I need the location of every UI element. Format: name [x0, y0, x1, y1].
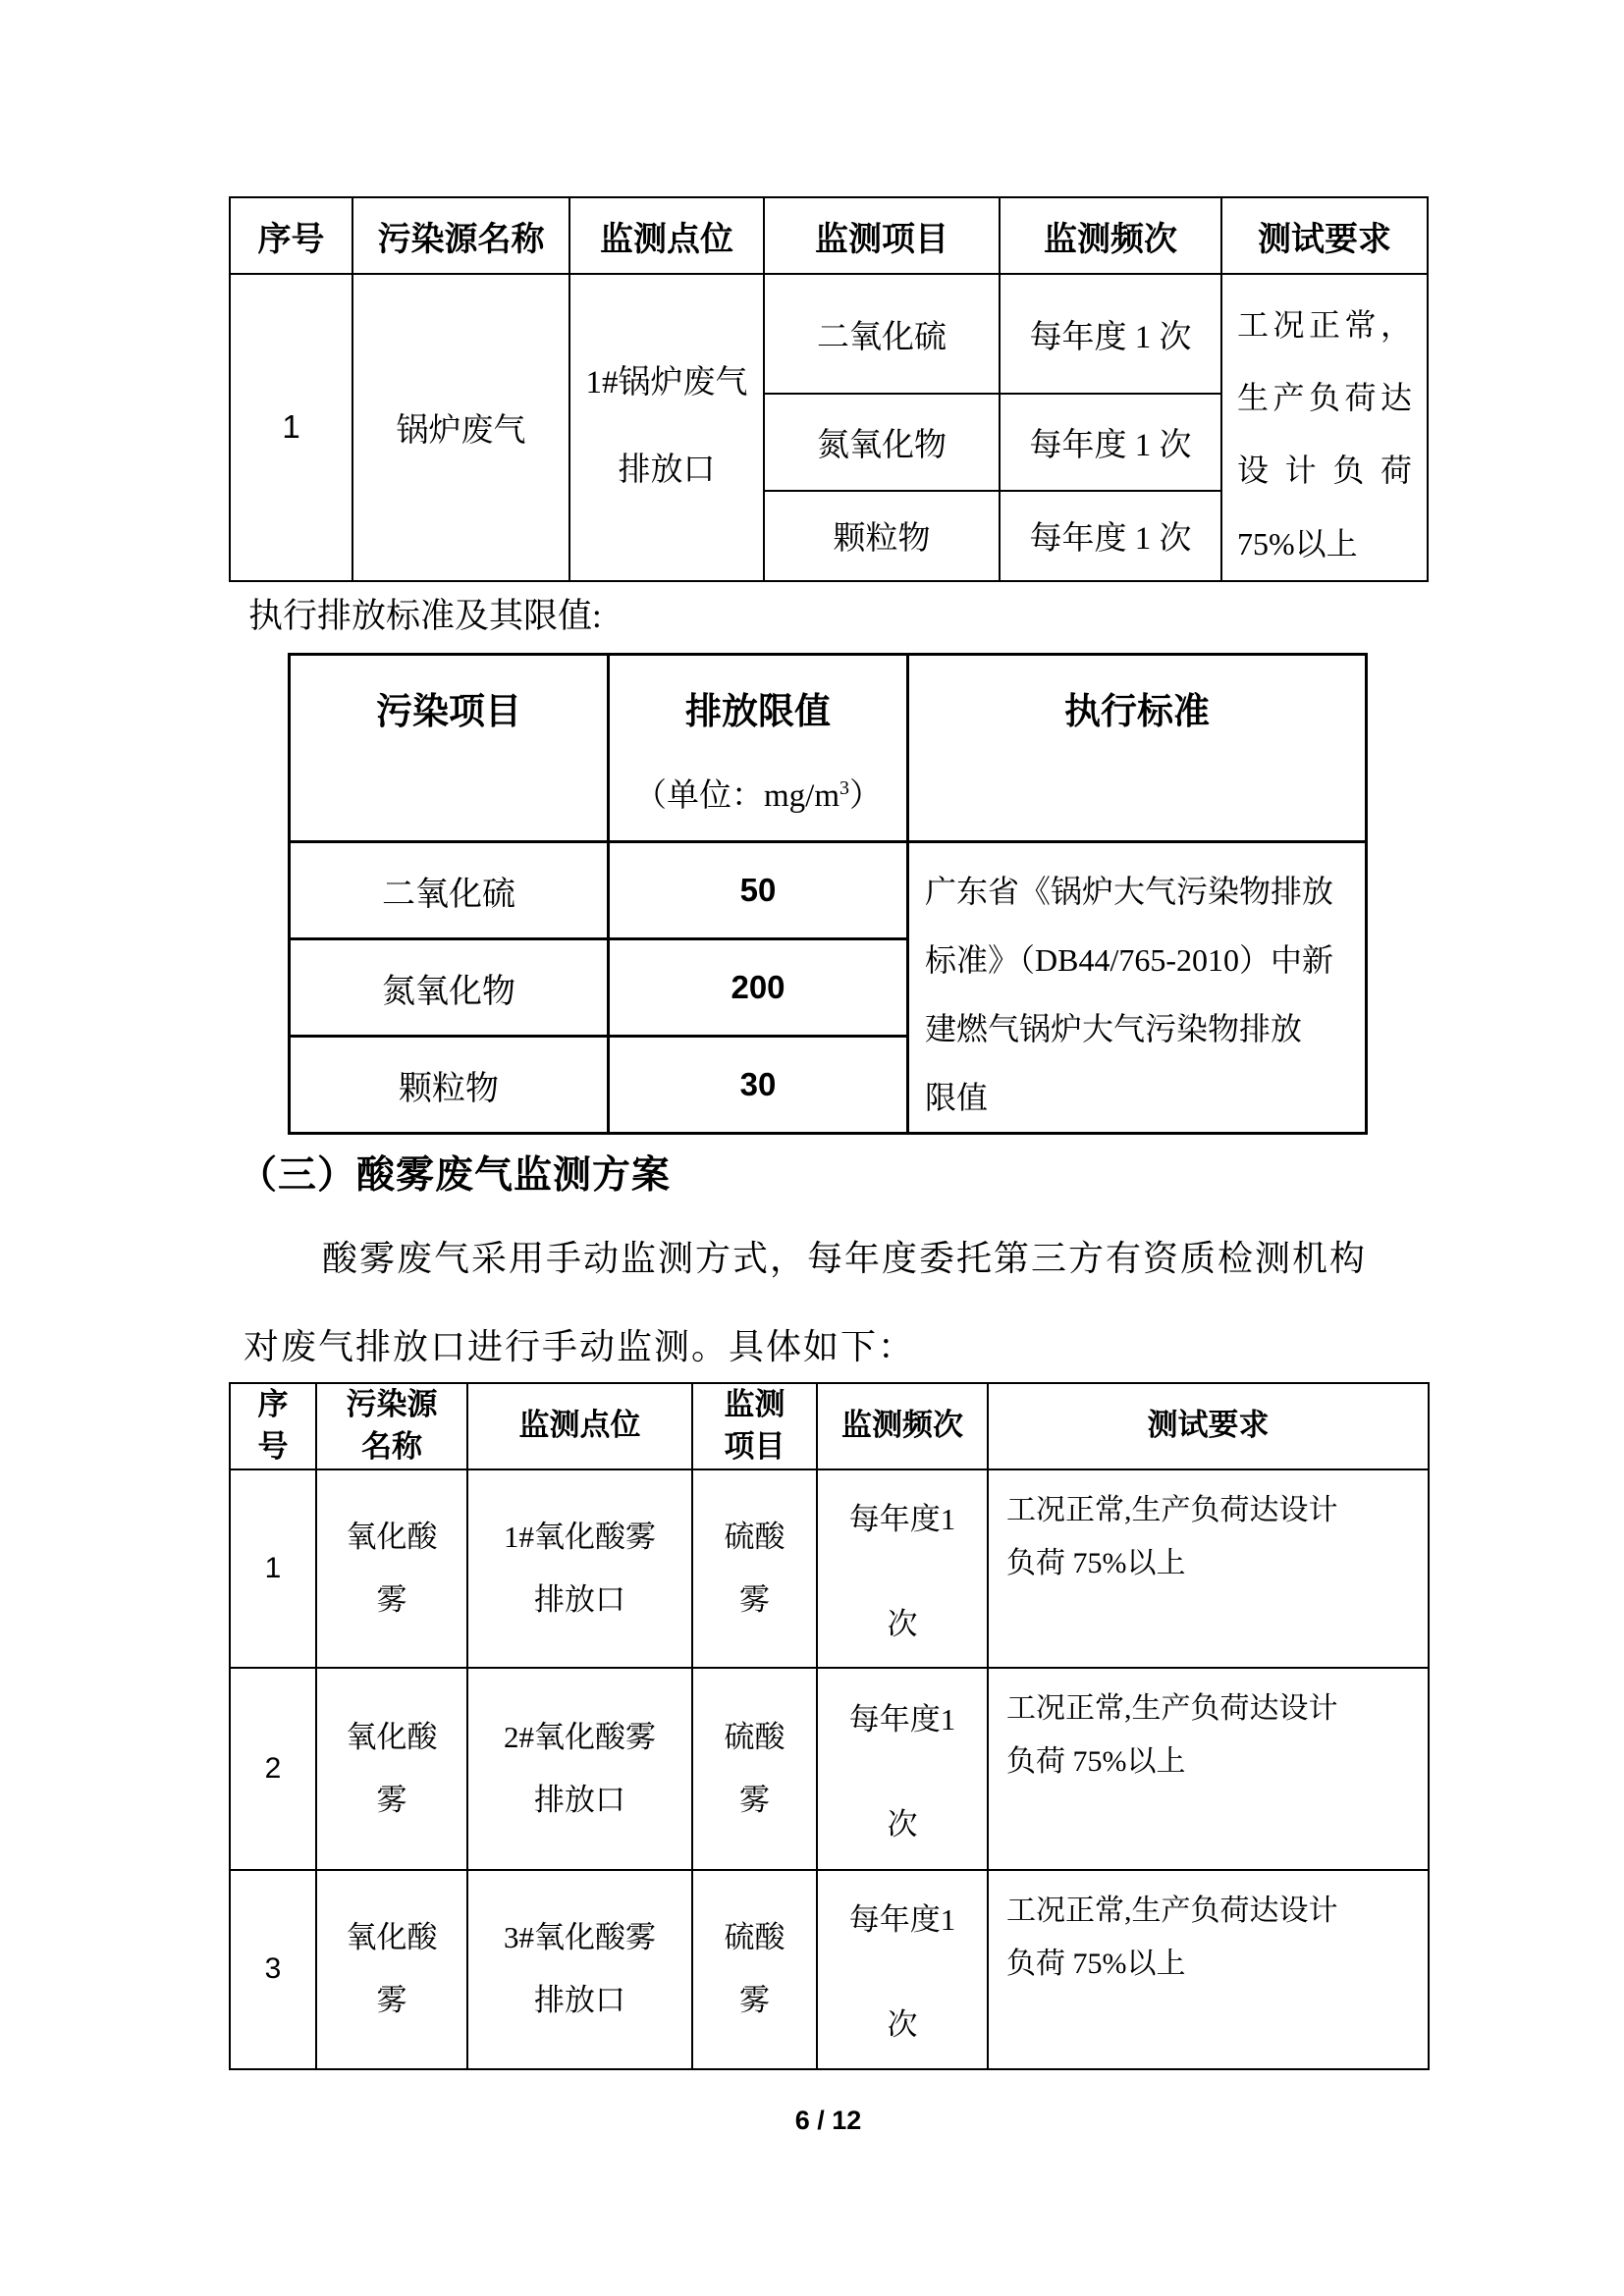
frequency-cell: 每年度1 次: [817, 1668, 988, 1870]
point-line: 排放口: [468, 1569, 691, 1631]
frequency-line: 次: [888, 1599, 918, 1643]
requirement-line: 负荷 75%以上: [1006, 1537, 1410, 1591]
header-line: 名称: [317, 1426, 466, 1468]
col-header-standard: 执行标准: [908, 655, 1367, 842]
col-header-source: 污染源 名称: [316, 1383, 467, 1469]
source-cell: 氧化酸 雾: [316, 1668, 467, 1870]
unit-text: ）: [849, 778, 882, 814]
point-cell: 1#锅炉废气 排放口: [569, 274, 764, 581]
limit-cell: 200: [609, 939, 908, 1037]
requirement-line: 设计负荷: [1237, 434, 1412, 507]
header-line: 项目: [693, 1426, 816, 1468]
col-header-limit: 排放限值 （单位：mg/m3）: [609, 655, 908, 842]
unit-text: （单位：mg/m: [634, 778, 839, 814]
col-header-frequency: 监测频次: [817, 1383, 988, 1469]
item-cell: 颗粒物: [764, 491, 1000, 581]
requirement-cell: 工况正常,生产负荷达设计 负荷 75%以上: [988, 1668, 1429, 1870]
requirement-line: 工况正常,生产负荷达设计: [1006, 1484, 1410, 1538]
requirement-line: 负荷 75%以上: [1006, 1735, 1410, 1789]
section-heading: （三）酸雾废气监测方案: [239, 1145, 671, 1200]
col-header-serial: 序 号: [230, 1383, 316, 1469]
header-line: 污染源: [317, 1384, 466, 1426]
item-line: 硫酸: [693, 1706, 816, 1769]
source-cell: 锅炉废气: [352, 274, 569, 581]
source-line: 雾: [317, 1769, 466, 1832]
frequency-cell: 每年度 1 次: [1000, 491, 1221, 581]
page-number: 6 / 12: [229, 2106, 1428, 2136]
header-line: 序: [231, 1384, 315, 1426]
frequency-cell: 每年度1 次: [817, 1469, 988, 1668]
source-line: 雾: [317, 1569, 466, 1631]
point-line: 2#氧化酸雾: [468, 1706, 691, 1769]
requirement-line: 工况正常,生产负荷达设计: [1006, 1682, 1410, 1736]
limit-header-title: 排放限值: [610, 681, 906, 734]
requirement-line: 生产负荷达: [1237, 361, 1412, 434]
item-line: 雾: [693, 1769, 816, 1832]
col-header-frequency: 监测频次: [1000, 197, 1221, 274]
paragraph-line: 酸雾废气采用手动监测方式，每年度委托第三方有资质检测机构: [322, 1231, 1367, 1281]
item-line: 硫酸: [693, 1906, 816, 1969]
source-line: 氧化酸: [317, 1706, 466, 1769]
limit-cell: 50: [609, 842, 908, 939]
source-line: 雾: [317, 1969, 466, 2032]
source-line: 氧化酸: [317, 1506, 466, 1569]
col-header-requirement: 测试要求: [988, 1383, 1429, 1469]
standard-line: 广东省《锅炉大气污染物排放: [925, 857, 1349, 926]
col-header-item: 监测 项目: [692, 1383, 817, 1469]
limit-cell: 30: [609, 1037, 908, 1134]
item-cell: 二氧化硫: [764, 274, 1000, 394]
table-row: 3 氧化酸 雾 3#氧化酸雾 排放口 硫酸 雾 每年度1 次: [230, 1870, 1429, 2069]
source-line: 氧化酸: [317, 1906, 466, 1969]
frequency-line: 次: [888, 2000, 918, 2044]
requirement-cell: 工况正常,生产负荷达设计 负荷 75%以上: [988, 1469, 1429, 1668]
frequency-line: 次: [888, 1799, 918, 1843]
acid-mist-monitoring-table: 序 号 污染源 名称 监测点位 监测 项目 监测频次 测试要求 1: [229, 1382, 1430, 2070]
col-header-point: 监测点位: [569, 197, 764, 274]
col-header-pollutant: 污染项目: [290, 655, 609, 842]
point-line: 1#氧化酸雾: [468, 1506, 691, 1569]
standard-line: 标准》（DB44/765-2010）中新: [925, 926, 1349, 994]
pollutant-cell: 颗粒物: [290, 1037, 609, 1134]
col-header-source: 污染源名称: [352, 197, 569, 274]
requirement-line: 负荷 75%以上: [1006, 1938, 1410, 1992]
item-cell: 硫酸 雾: [692, 1668, 817, 1870]
pollutant-cell: 氮氧化物: [290, 939, 609, 1037]
frequency-lines: 每年度1 次: [818, 1895, 987, 2044]
frequency-cell: 每年度 1 次: [1000, 274, 1221, 394]
col-header-item: 监测项目: [764, 197, 1000, 274]
standard-line: 限值: [925, 1063, 1349, 1132]
point-line: 排放口: [468, 1969, 691, 2032]
emission-limits-table: 污染项目 排放限值 （单位：mg/m3） 执行标准 二氧化硫 50 广东省《锅炉…: [288, 653, 1368, 1135]
frequency-cell: 每年度1 次: [817, 1870, 988, 2069]
col-header-requirement: 测试要求: [1221, 197, 1428, 274]
pollutant-cell: 二氧化硫: [290, 842, 609, 939]
point-line: 排放口: [468, 1769, 691, 1832]
document-page: 序号 污染源名称 监测点位 监测项目 监测频次 测试要求 1 锅炉废气 1#锅炉…: [0, 0, 1624, 2296]
item-line: 雾: [693, 1969, 816, 2032]
frequency-line: 每年度1: [849, 1694, 956, 1738]
frequency-line: 每年度1: [849, 1494, 956, 1538]
col-header-point: 监测点位: [467, 1383, 692, 1469]
item-cell: 氮氧化物: [764, 394, 1000, 491]
requirement-line: 75%以上: [1237, 507, 1412, 580]
header-line: 号: [231, 1426, 315, 1468]
point-line: 3#氧化酸雾: [468, 1906, 691, 1969]
frequency-lines: 每年度1 次: [818, 1494, 987, 1643]
col-header-serial: 序号: [230, 197, 352, 274]
point-cell: 2#氧化酸雾 排放口: [467, 1668, 692, 1870]
standard-cell: 广东省《锅炉大气污染物排放 标准》（DB44/765-2010）中新 建燃气锅炉…: [908, 842, 1367, 1134]
requirement-cell: 工况正常,生产负荷达设计 负荷 75%以上: [988, 1870, 1429, 2069]
boiler-waste-gas-monitoring-table: 序号 污染源名称 监测点位 监测项目 监测频次 测试要求 1 锅炉废气 1#锅炉…: [229, 196, 1429, 582]
item-cell: 硫酸 雾: [692, 1870, 817, 2069]
frequency-line: 每年度1: [849, 1895, 956, 1939]
source-cell: 氧化酸 雾: [316, 1469, 467, 1668]
point-line: 1#锅炉废气: [570, 340, 763, 427]
item-cell: 硫酸 雾: [692, 1469, 817, 1668]
limits-note: 执行排放标准及其限值:: [248, 589, 602, 638]
item-line: 硫酸: [693, 1506, 816, 1569]
table-row: 2 氧化酸 雾 2#氧化酸雾 排放口 硫酸 雾 每年度1 次: [230, 1668, 1429, 1870]
point-cell: 1#氧化酸雾 排放口: [467, 1469, 692, 1668]
serial-cell: 3: [230, 1870, 316, 2069]
serial-cell: 1: [230, 1469, 316, 1668]
frequency-lines: 每年度1 次: [818, 1694, 987, 1843]
frequency-cell: 每年度 1 次: [1000, 394, 1221, 491]
source-cell: 氧化酸 雾: [316, 1870, 467, 2069]
unit-superscript: 3: [839, 777, 849, 799]
point-cell: 3#氧化酸雾 排放口: [467, 1870, 692, 2069]
requirement-line: 工况正常,生产负荷达设计: [1006, 1885, 1410, 1939]
table-header-row: 序 号 污染源 名称 监测点位 监测 项目 监测频次 测试要求: [230, 1383, 1429, 1469]
serial-cell: 1: [230, 274, 352, 581]
standard-line: 建燃气锅炉大气污染物排放: [925, 994, 1349, 1063]
requirement-line: 工况正常，: [1237, 289, 1412, 361]
table-header-row: 序号 污染源名称 监测点位 监测项目 监测频次 测试要求: [230, 197, 1428, 274]
table-row: 1 锅炉废气 1#锅炉废气 排放口 二氧化硫 每年度 1 次 工况正常， 生产负…: [230, 274, 1428, 394]
item-line: 雾: [693, 1569, 816, 1631]
paragraph-line: 对废气排放口进行手动监测。具体如下：: [244, 1319, 915, 1369]
limit-unit-label: （单位：mg/m3）: [610, 770, 906, 816]
requirement-cell: 工况正常， 生产负荷达 设计负荷 75%以上: [1221, 274, 1428, 581]
serial-cell: 2: [230, 1668, 316, 1870]
table-row: 二氧化硫 50 广东省《锅炉大气污染物排放 标准》（DB44/765-2010）…: [290, 842, 1367, 939]
table-header-row: 污染项目 排放限值 （单位：mg/m3） 执行标准: [290, 655, 1367, 842]
header-line: 监测: [693, 1384, 816, 1426]
table-row: 1 氧化酸 雾 1#氧化酸雾 排放口 硫酸 雾 每年度1 次: [230, 1469, 1429, 1668]
point-line: 排放口: [570, 427, 763, 514]
